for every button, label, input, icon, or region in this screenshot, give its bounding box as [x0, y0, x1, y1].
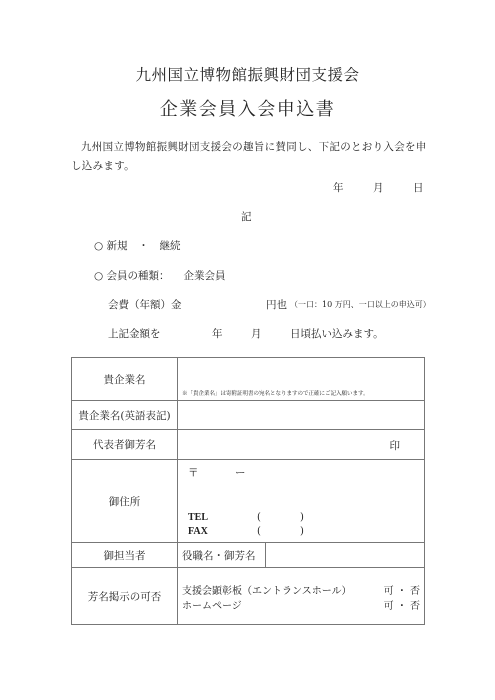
company-name-en-label: 貴企業名(英語表記) — [72, 401, 178, 429]
ki-heading: 記 — [241, 209, 252, 224]
representative-label: 代表者御芳名 — [72, 430, 178, 459]
payment-month-label: 月 — [251, 326, 262, 341]
display-option-homepage: ホームページ — [182, 597, 242, 612]
row-company-name-en: 貴企業名(英語表記) — [72, 400, 424, 429]
date-month-label: 月 — [373, 180, 384, 195]
payment-year-label: 年 — [212, 326, 223, 341]
fee-unit: 円也 — [266, 297, 287, 312]
circle-bullet-icon: ○ — [94, 240, 103, 252]
contact-title-name-label: 役職名・御芳名 — [178, 543, 266, 567]
address-label: 御住所 — [72, 460, 178, 542]
membership-status-line: ○ 新規・継続 — [94, 238, 181, 253]
option-new[interactable]: 新規 — [107, 240, 128, 252]
date-year-label: 年 — [333, 180, 344, 195]
tel-paren-close: ) — [300, 512, 304, 523]
postal-mark-icon: 〒 — [188, 465, 199, 480]
row-contact-person: 御担当者 役職名・御芳名 — [72, 542, 424, 567]
homepage-yes-no-choice[interactable]: 可 ・ 否 — [384, 597, 420, 612]
contact-person-label: 御担当者 — [72, 543, 178, 567]
company-name-en-field[interactable] — [178, 401, 424, 429]
company-name-field[interactable]: ※「貴企業名」は寄附証明書の宛名となりますので正確にご記入願います。 — [178, 358, 424, 400]
row-address: 御住所 〒 ー TEL ( ) FAX ( ) — [72, 459, 424, 542]
address-field[interactable]: 〒 ー TEL ( ) FAX ( ) — [178, 460, 424, 542]
fee-note: （一口：10 万円、一口以上の申込可） — [290, 299, 431, 310]
option-renew[interactable]: 継続 — [160, 240, 181, 252]
form-title: 企業会員入会申込書 — [0, 95, 495, 121]
member-type-label: 会員の種類： — [107, 270, 170, 282]
tel-paren-open: ( — [257, 512, 261, 523]
seal-mark: 印 — [390, 438, 401, 453]
membership-application-form: 九州国立博物館振興財団支援会 企業会員入会申込書 九州国立博物館振興財団支援会の… — [0, 0, 495, 700]
fee-label: 会費（年額）金 — [108, 297, 182, 312]
fax-paren-close: ) — [300, 526, 304, 537]
name-display-label: 芳名掲示の可否 — [72, 568, 178, 624]
separator: ・ — [128, 238, 160, 253]
representative-field[interactable]: 印 — [178, 430, 424, 459]
row-company-name: 貴企業名 ※「貴企業名」は寄附証明書の宛名となりますので正確にご記入願います。 — [72, 358, 424, 400]
postal-dash: ー — [235, 465, 246, 480]
row-name-display: 芳名掲示の可否 支援会顕彰板（エントランスホール） 可 ・ 否 ホームページ 可… — [72, 567, 424, 624]
company-name-note: ※「貴企業名」は寄附証明書の宛名となりますので正確にご記入願います。 — [182, 389, 369, 397]
application-table: 貴企業名 ※「貴企業名」は寄附証明書の宛名となりますので正確にご記入願います。 … — [71, 357, 425, 625]
tel-label: TEL — [188, 512, 208, 523]
date-day-label: 日 — [413, 180, 424, 195]
intro-paragraph: 九州国立博物館振興財団支援会の趣旨に賛同し、下記のとおり入会を申し込みます。 — [71, 138, 431, 176]
payment-label: 上記金額を — [108, 326, 161, 341]
circle-bullet-icon: ○ — [94, 270, 103, 282]
company-name-label: 貴企業名 — [72, 358, 178, 400]
member-type-value: 企業会員 — [184, 270, 226, 282]
member-type-line: ○ 会員の種類：企業会員 — [94, 268, 226, 283]
organization-title: 九州国立博物館振興財団支援会 — [0, 63, 495, 85]
name-display-field: 支援会顕彰板（エントランスホール） 可 ・ 否 ホームページ 可 ・ 否 — [178, 568, 424, 624]
payment-day-suffix: 日頃払い込みます。 — [290, 326, 384, 341]
row-representative: 代表者御芳名 印 — [72, 429, 424, 459]
plaque-yes-no-choice[interactable]: 可 ・ 否 — [384, 582, 420, 597]
display-option-plaque: 支援会顕彰板（エントランスホール） — [182, 582, 352, 597]
fax-label: FAX — [188, 526, 208, 537]
contact-person-field[interactable] — [266, 543, 424, 567]
fax-paren-open: ( — [257, 526, 261, 537]
